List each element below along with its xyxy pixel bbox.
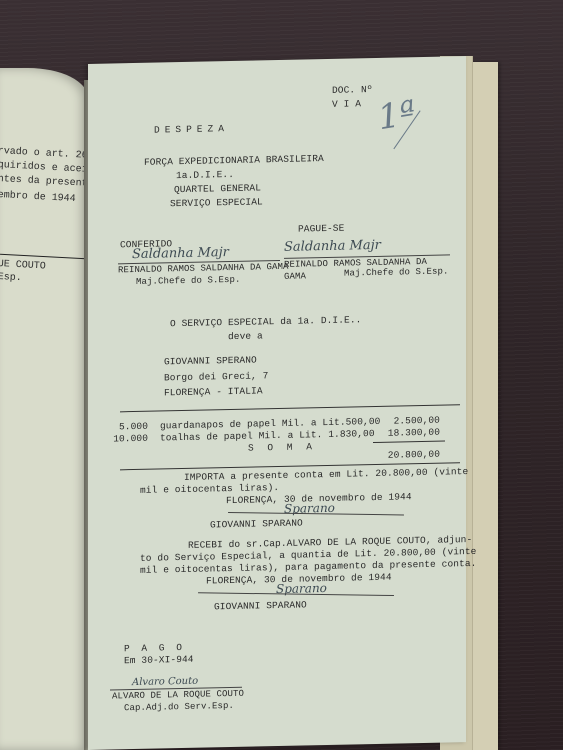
debtor-line: deve a — [228, 330, 263, 342]
creditor-address: Borgo dei Greci, 7 — [164, 370, 268, 383]
creditor-name: GIOVANNI SPERANO — [164, 354, 257, 367]
total-amount: 20.800,00 — [378, 449, 440, 461]
left-approver-title: Maj.Chefe do S.Esp. — [136, 275, 241, 287]
payment-signature: Alvaro Couto — [132, 676, 198, 688]
right-approval-signature: Saldanha Majr — [284, 238, 381, 255]
handwritten-via-number: 1ª — [375, 93, 418, 139]
payment-signer-name: ALVARO DE LA ROQUE COUTO — [112, 689, 244, 702]
debtor-line: O SERVIÇO ESPECIAL da 1a. D.I.E.. — [170, 314, 361, 329]
item-amount: 2.500,00 — [378, 415, 440, 427]
left-approval-signature: Saldanha Majr — [132, 245, 229, 262]
item-qty: 5.000 — [108, 421, 148, 433]
payment-signer-title: Cap.Adj.do Serv.Esp. — [124, 701, 234, 713]
payment-date: Em 30-XI-944 — [124, 654, 194, 666]
item-qty: 10.000 — [108, 433, 148, 445]
left-signature-title: Esp. — [0, 272, 22, 284]
receipt-signer-name: GIOVANNI SPARANO — [214, 599, 307, 612]
issuer-line: FORÇA EXPEDICIONARIA BRASILEIRA — [144, 153, 324, 168]
table-top-rule — [120, 404, 460, 412]
pago-label: P A G O — [124, 642, 185, 654]
left-signature-name: UE COUTO — [0, 259, 46, 272]
right-approver-title: Maj.Chefe do S.Esp. — [344, 266, 449, 278]
importa-line: IMPORTA a presente conta em Lit. 20.800,… — [184, 466, 468, 483]
issuer-line: 1a.D.I.E.. — [176, 169, 234, 181]
total-label: S O M A — [248, 441, 316, 453]
issuer-line: SERVIÇO ESPECIAL — [170, 196, 263, 209]
total-rule — [373, 441, 445, 444]
left-signature-line — [0, 254, 86, 259]
left-page-line: ntes da presente — [0, 174, 88, 190]
right-approver-name-2: GAMA — [284, 271, 306, 281]
left-page-line: embro de 1944 — [0, 190, 76, 205]
document-type: DESPEZA — [154, 123, 229, 136]
creditor-city: FLORENÇA - ITALIA — [164, 385, 263, 398]
issuer-line: QUARTEL GENERAL — [174, 182, 261, 195]
pague-se-label: PAGUE-SE — [298, 223, 344, 235]
via-label: V I A — [332, 98, 361, 110]
expense-document: DOC. Nº V I A 1ª DESPEZA FORÇA EXPEDICIO… — [88, 56, 466, 750]
left-page: rvado o art. 26 a quiridos e aceito ntes… — [0, 68, 88, 750]
doc-number-label: DOC. Nº — [332, 84, 373, 96]
item-amount: 18.300,00 — [378, 427, 440, 439]
importa-signer-name: GIOVANNI SPARANO — [210, 518, 303, 531]
left-approver-name: REINALDO RAMOS SALDANHA DA GAMA — [118, 262, 289, 276]
